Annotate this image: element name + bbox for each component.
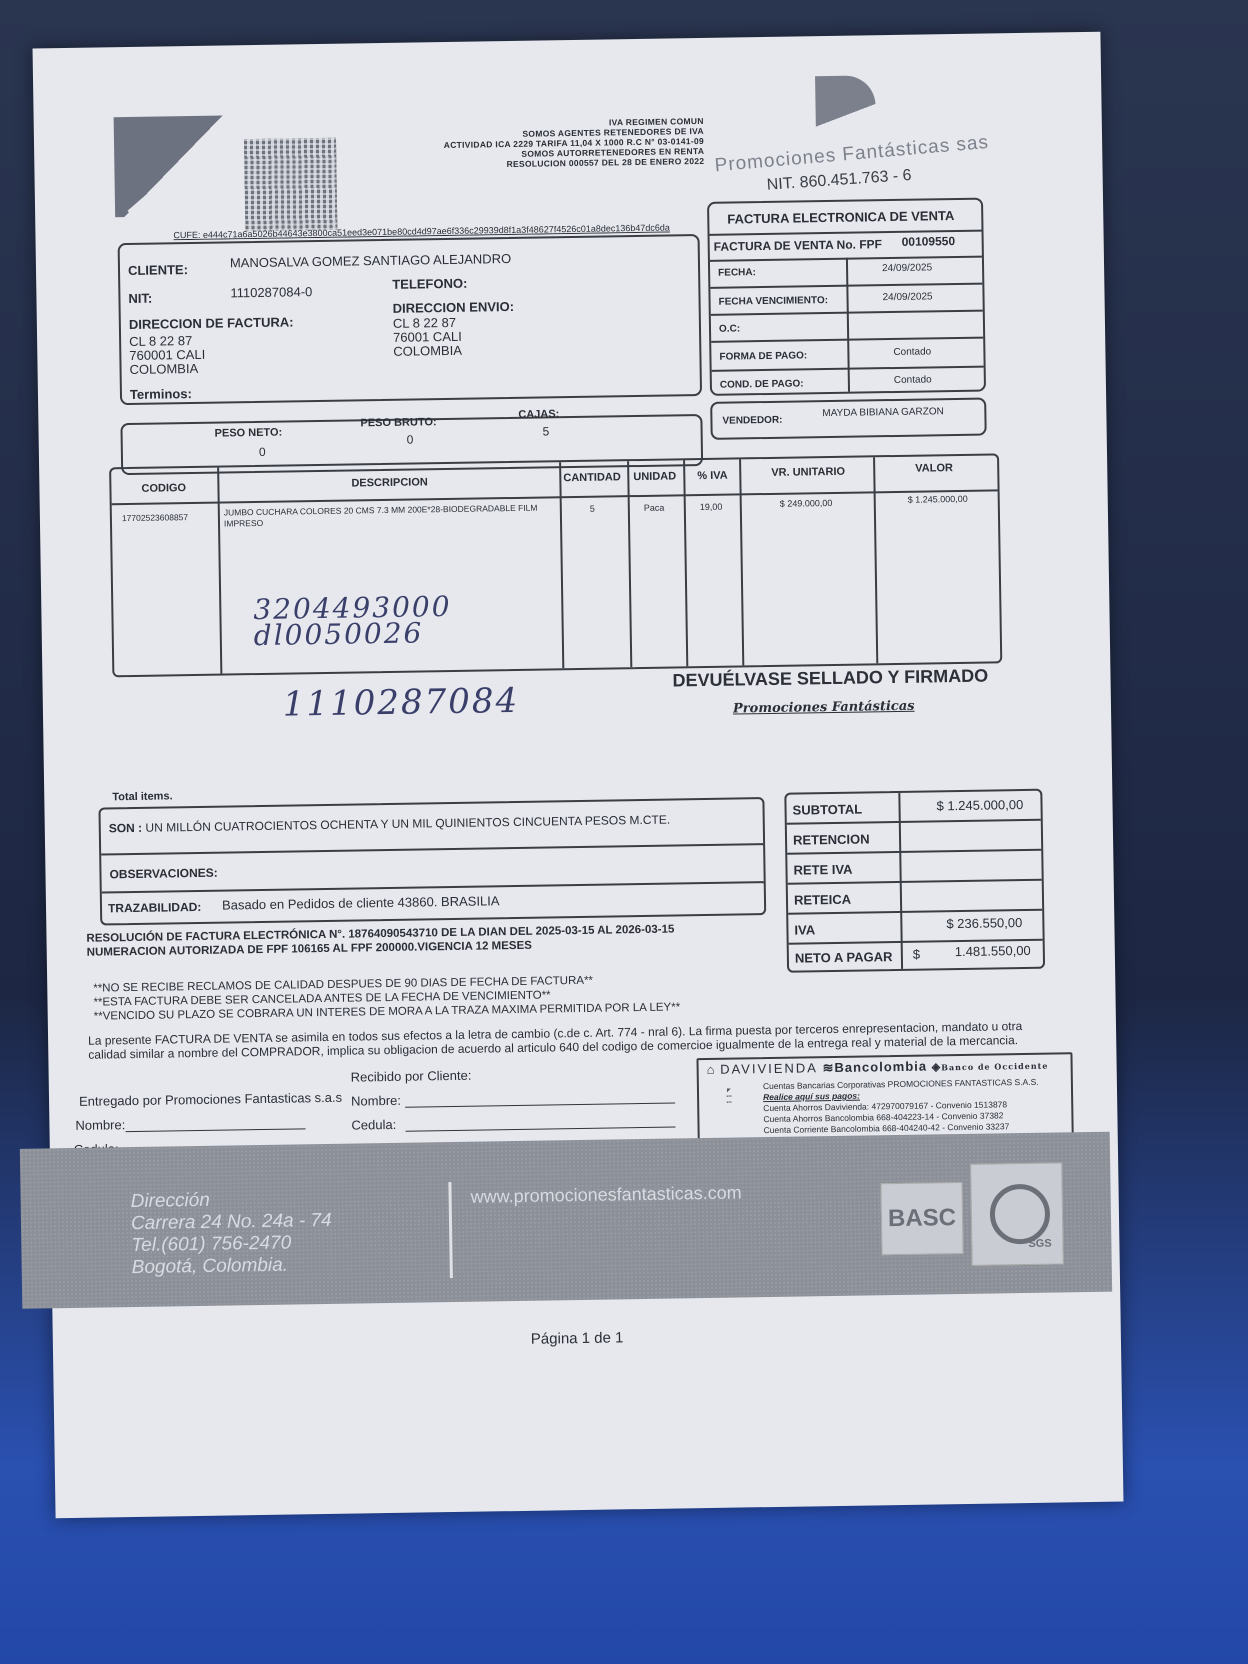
cell-codigo: 17702523608857 bbox=[122, 512, 188, 523]
cell-iva: 19,00 bbox=[700, 502, 723, 512]
address-line: Dirección bbox=[130, 1188, 331, 1213]
footer-address: Dirección Carrera 24 No. 24a - 74 Tel.(6… bbox=[130, 1188, 332, 1279]
bank-logos: ⌂ DAVIVIENDA ≋Bancolombia ◈Banco de Occi… bbox=[707, 1057, 1049, 1078]
peso-neto-label: PESO NETO: bbox=[214, 427, 282, 440]
invoice-row: O.C: bbox=[711, 312, 983, 343]
son-label: SON : bbox=[109, 821, 143, 836]
cajas-label: CAJAS: bbox=[518, 408, 559, 421]
total-items-label: Total items. bbox=[112, 790, 172, 803]
cliente-value: MANOSALVA GOMEZ SANTIAGO ALEJANDRO bbox=[230, 251, 511, 270]
nit-label: NIT: bbox=[128, 291, 152, 306]
cell-vr-unitario: $ 249.000,00 bbox=[780, 498, 833, 509]
invoice-title: FACTURA ELECTRONICA DE VENTA bbox=[727, 208, 954, 227]
totals-row: IVA$ 236.550,00 bbox=[786, 791, 1040, 795]
davivienda-house-icon: ⌂ bbox=[707, 1062, 716, 1077]
invoice-rows: FECHA:24/09/2025 FECHA VENCIMIENTO:24/09… bbox=[710, 256, 984, 397]
totals-row: SUBTOTAL$ 1.245.000,00 bbox=[786, 791, 1040, 795]
entregado-nombre-label: Nombre: bbox=[75, 1117, 125, 1133]
sgs-label: SGS bbox=[1028, 1238, 1051, 1250]
total-label: RETENCION bbox=[793, 831, 870, 847]
footer-band: Dirección Carrera 24 No. 24a - 74 Tel.(6… bbox=[20, 1132, 1112, 1309]
cell-unidad: Paca bbox=[644, 503, 665, 513]
total-label: RETEICA bbox=[794, 892, 851, 908]
invoice-number: 00109550 bbox=[902, 234, 956, 249]
totals-row: RETENCION bbox=[786, 791, 1040, 795]
resolucion-block: RESOLUCIÓN DE FACTURA ELECTRÓNICA N°. 18… bbox=[86, 923, 674, 960]
row-value: Contado bbox=[894, 374, 932, 386]
entregado-nombre-field[interactable] bbox=[126, 1128, 306, 1132]
peso-bruto-value: 0 bbox=[407, 433, 414, 447]
row-label: O.C: bbox=[719, 323, 740, 334]
handwritten-note: 3204493000 dl0050026 bbox=[253, 594, 452, 649]
vendedor-value: MAYDA BIBIANA GARZON bbox=[822, 406, 944, 419]
address-line: Carrera 24 No. 24a - 74 bbox=[131, 1210, 332, 1235]
son-value: UN MILLÓN CUATROCIENTOS OCHENTA Y UN MIL… bbox=[145, 813, 670, 835]
row-label: FORMA DE PAGO: bbox=[719, 350, 807, 362]
address-line: Tel.(601) 756-2470 bbox=[131, 1232, 332, 1257]
qr-code-icon bbox=[244, 138, 337, 231]
total-label: IVA bbox=[794, 922, 815, 937]
footer-website[interactable]: www.promocionesfantasticas.com bbox=[470, 1181, 741, 1207]
recibido-nombre-field[interactable] bbox=[405, 1103, 675, 1108]
header-valor: VALOR bbox=[915, 462, 953, 475]
recibido-label: Recibido por Cliente: bbox=[351, 1068, 472, 1085]
telefono-label: TELEFONO: bbox=[392, 276, 467, 292]
davivienda-logo: DAVIVIENDA bbox=[720, 1060, 818, 1077]
peso-neto-value: 0 bbox=[259, 445, 266, 459]
invoice-row: FECHA VENCIMIENTO:24/09/2025 bbox=[710, 285, 982, 316]
invoice-row: COND. DE PAGO:Contado bbox=[712, 368, 984, 397]
total-value: $ 1.245.000,00 bbox=[936, 797, 1023, 813]
row-value: 24/09/2025 bbox=[882, 291, 932, 303]
items-table: CODIGO DESCRIPCION CANTIDAD UNIDAD % IVA… bbox=[109, 453, 1002, 677]
bancolombia-icon: ≋ bbox=[822, 1060, 834, 1075]
totals-row-neto: NETO A PAGAR$1.481.550,00 bbox=[786, 791, 1040, 795]
bancolombia-logo: Bancolombia bbox=[834, 1059, 927, 1075]
page-number: Página 1 de 1 bbox=[531, 1329, 624, 1347]
row-label: COND. DE PAGO: bbox=[720, 378, 804, 390]
recibido-nombre-label: Nombre: bbox=[351, 1093, 401, 1109]
return-stamp: DEVUÉLVASE SELLADO Y FIRMADO bbox=[672, 666, 988, 692]
peso-bruto-label: PESO BRUTO: bbox=[360, 416, 436, 429]
dir-envio-label: DIRECCION ENVIO: bbox=[393, 299, 515, 316]
notes-block: **NO SE RECIBE RECLAMOS DE CALIDAD DESPU… bbox=[93, 972, 680, 1023]
cell-valor: $ 1.245.000,00 bbox=[908, 494, 968, 505]
entregado-label: Entregado por Promociones Fantasticas s.… bbox=[79, 1090, 342, 1109]
recibido-cedula-field[interactable] bbox=[406, 1127, 676, 1132]
cajas-value: 5 bbox=[542, 424, 549, 438]
header-unidad: UNIDAD bbox=[633, 470, 676, 483]
tax-header: IVA REGIMEN COMUN SOMOS AGENTES RETENEDO… bbox=[384, 116, 705, 171]
row-label: FECHA: bbox=[718, 267, 756, 279]
invoice-row: FECHA:24/09/2025 bbox=[710, 256, 982, 289]
terminos-label: Terminos: bbox=[130, 386, 192, 402]
client-box: CLIENTE: MANOSALVA GOMEZ SANTIAGO ALEJAN… bbox=[118, 234, 702, 405]
handwritten-id: 1110287084 bbox=[283, 681, 520, 725]
total-label: SUBTOTAL bbox=[792, 802, 862, 818]
invoice-info-box: FACTURA ELECTRONICA DE VENTA FACTURA DE … bbox=[707, 198, 986, 396]
totals-row: RETEICA bbox=[786, 791, 1040, 795]
header-codigo: CODIGO bbox=[141, 482, 186, 495]
observaciones-label: OBSERVACIONES: bbox=[109, 866, 217, 882]
total-value: $ 236.550,00 bbox=[946, 915, 1022, 931]
row-value: Contado bbox=[893, 346, 931, 358]
cell-cantidad: 5 bbox=[590, 504, 595, 514]
trazabilidad-label: TRAZABILIDAD: bbox=[108, 900, 202, 915]
summary-box: SON : UN MILLÓN CUATROCIENTOS OCHENTA Y … bbox=[98, 797, 766, 925]
total-label: NETO A PAGAR bbox=[795, 949, 893, 966]
address-line: COLOMBIA bbox=[129, 362, 205, 377]
cliente-label: CLIENTE: bbox=[128, 262, 188, 278]
header-vr-unitario: VR. UNITARIO bbox=[771, 466, 845, 479]
stamp-signature: Promociones Fantásticas bbox=[733, 699, 915, 717]
vendedor-label: VENDEDOR: bbox=[722, 415, 782, 427]
trazabilidad-value: Basado en Pedidos de cliente 43860. BRAS… bbox=[222, 893, 500, 912]
row-value: 24/09/2025 bbox=[882, 262, 932, 274]
occidente-logo: Banco de Occidente bbox=[941, 1061, 1048, 1073]
total-value: 1.481.550,00 bbox=[955, 943, 1031, 959]
dir-factura: CL 8 22 87 760001 CALI COLOMBIA bbox=[129, 334, 206, 377]
occidente-diamond-icon: ◈ bbox=[932, 1061, 942, 1073]
header-cantidad: CANTIDAD bbox=[563, 471, 621, 484]
sgs-cert-icon: SGS bbox=[970, 1162, 1064, 1265]
dir-envio: CL 8 22 87 76001 CALI COLOMBIA bbox=[393, 316, 462, 359]
son-line: SON : UN MILLÓN CUATROCIENTOS OCHENTA Y … bbox=[109, 813, 671, 836]
handwriting-line: dl0050026 bbox=[254, 620, 453, 649]
footer-divider bbox=[448, 1182, 453, 1278]
header-descripcion: DESCRIPCION bbox=[351, 476, 428, 489]
invoice-number-label: FACTURA DE VENTA No. FPF bbox=[714, 237, 882, 254]
address-line: Bogotá, Colombia. bbox=[132, 1254, 333, 1279]
basc-cert-icon: BASC bbox=[880, 1182, 963, 1255]
totals-row: RETE IVA bbox=[786, 791, 1040, 795]
invoice-paper: IVA REGIMEN COMUN SOMOS AGENTES RETENEDO… bbox=[33, 32, 1124, 1519]
invoice-row: FORMA DE PAGO:Contado bbox=[711, 339, 983, 372]
nit-value: 1110287084-0 bbox=[230, 284, 312, 300]
dir-factura-label: DIRECCION DE FACTURA: bbox=[129, 314, 294, 332]
vendedor-box: VENDEDOR: MAYDA BIBIANA GARZON bbox=[710, 398, 987, 440]
total-label: RETE IVA bbox=[793, 862, 852, 878]
recibido-cedula-label: Cedula: bbox=[351, 1117, 396, 1133]
address-line: COLOMBIA bbox=[393, 344, 462, 359]
header-iva: % IVA bbox=[697, 470, 728, 482]
row-label: FECHA VENCIMIENTO: bbox=[719, 295, 829, 308]
left-logo-icon bbox=[114, 115, 234, 217]
cell-descripcion: JUMBO CUCHARA COLORES 20 CMS 7.3 MM 200E… bbox=[224, 502, 554, 529]
total-currency: $ bbox=[913, 947, 920, 962]
brand-logo-icon bbox=[815, 75, 876, 146]
totals-box: SUBTOTAL$ 1.245.000,00 RETENCION RETE IV… bbox=[784, 789, 1045, 973]
